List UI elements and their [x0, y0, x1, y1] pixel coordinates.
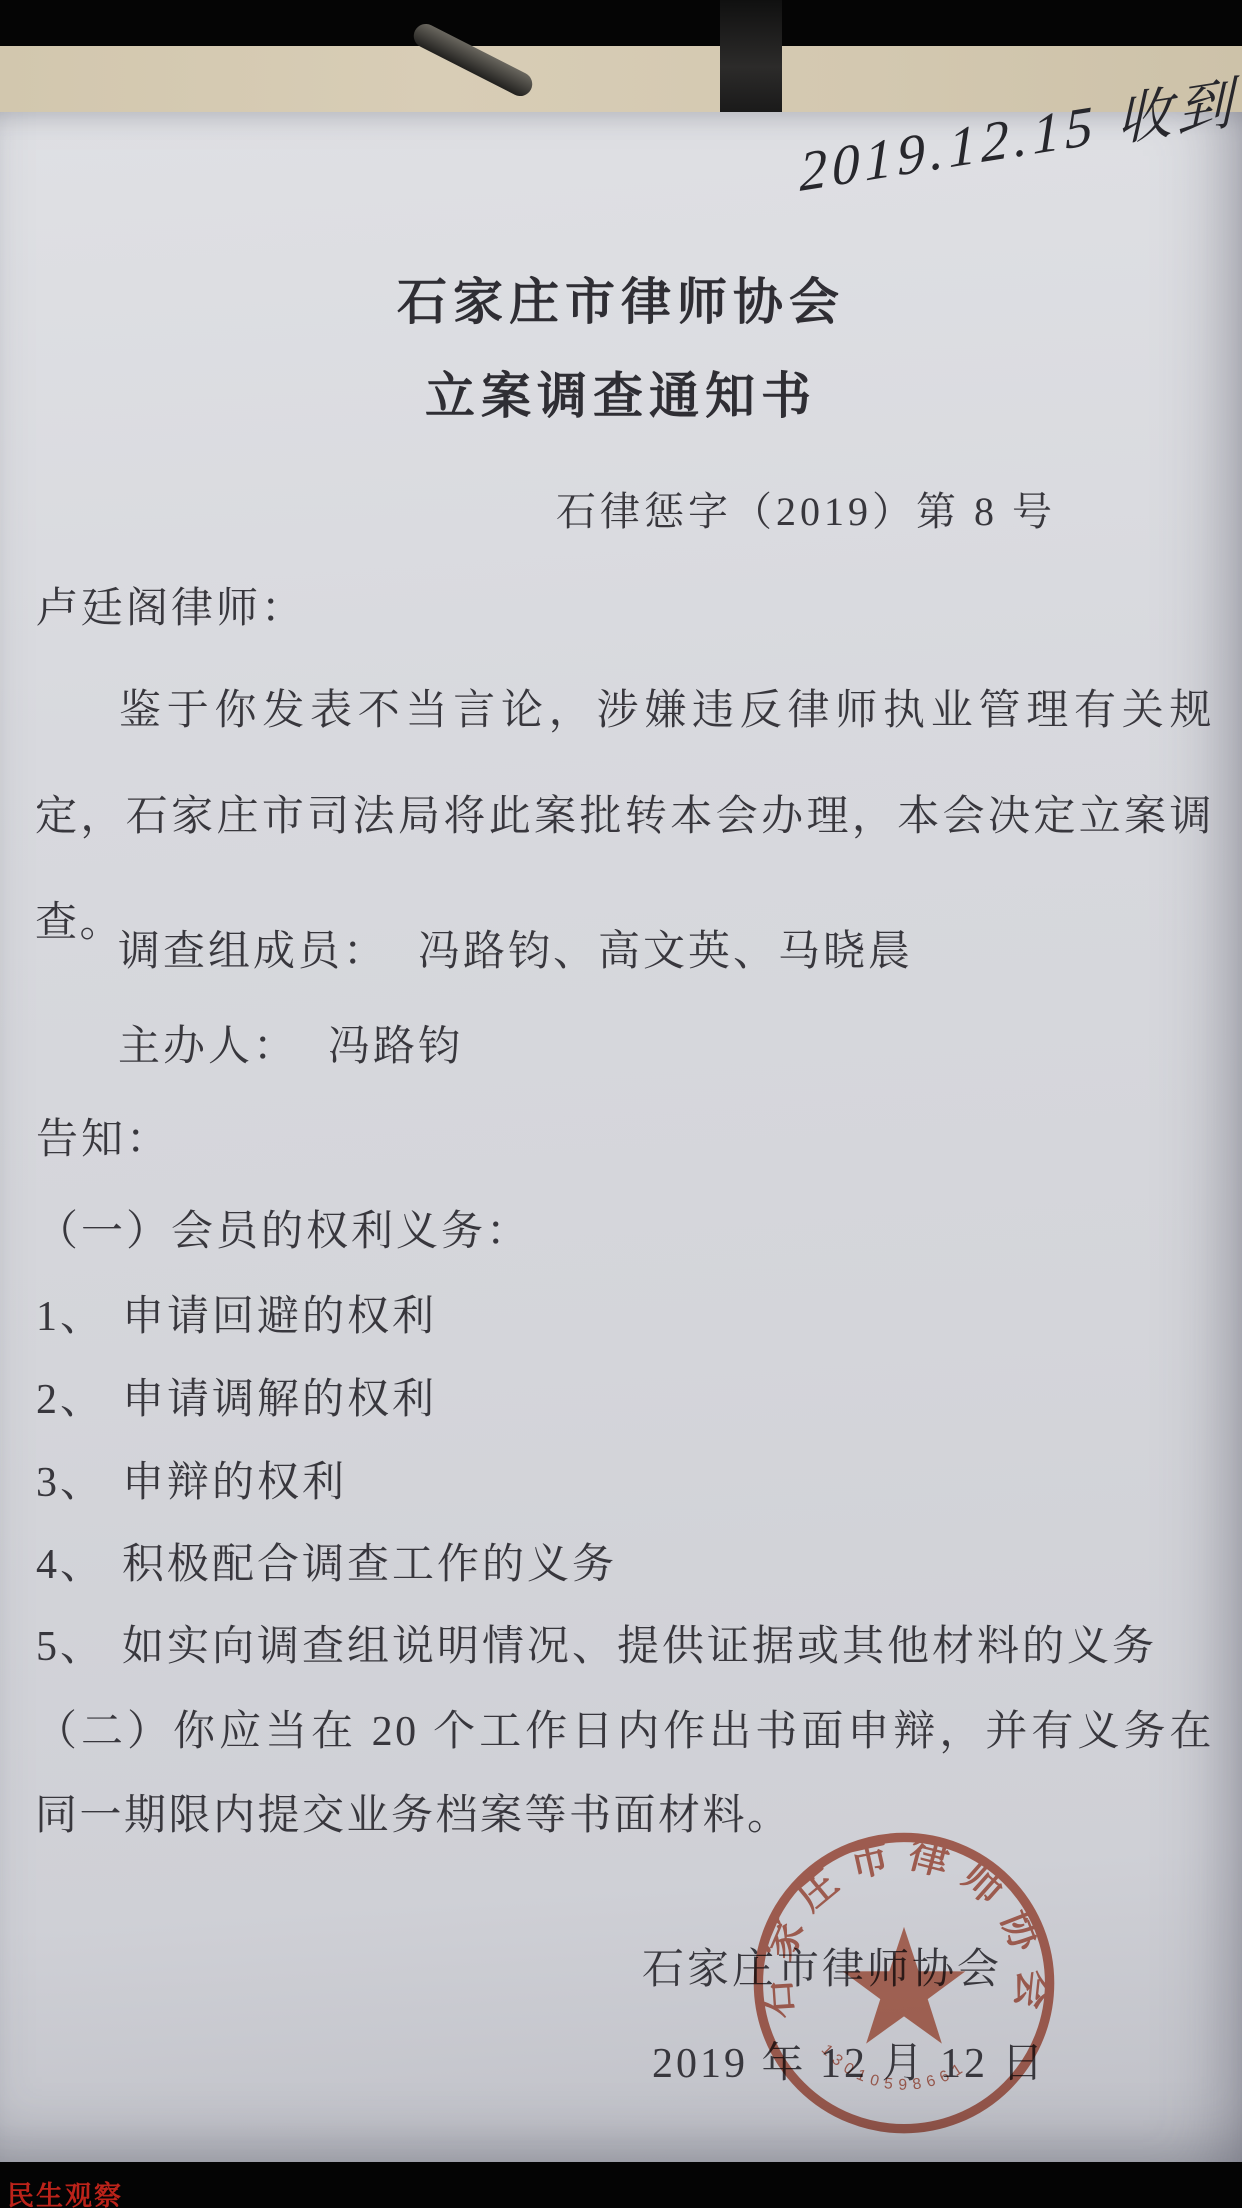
list-item: 2、申请调解的权利	[36, 1366, 437, 1426]
list-item-number: 3、	[36, 1449, 122, 1509]
list-item: 1、申请回避的权利	[36, 1283, 437, 1343]
list-item-number: 4、	[36, 1531, 122, 1591]
official-seal: 石家庄市律师协会 13010598661	[748, 1822, 1060, 2140]
list-item-number: 5、	[36, 1613, 122, 1673]
notice-heading: 告知：	[36, 1106, 171, 1166]
dark-background-object	[720, 0, 782, 122]
document-number: 石律惩字（2019）第 8 号	[556, 480, 1056, 537]
photo-bottom-bar	[0, 2162, 1242, 2208]
list-item-number: 1、	[36, 1283, 122, 1343]
lead-label: 主办人：	[118, 1024, 298, 1070]
document-subtitle: 立案调查通知书	[0, 356, 1242, 428]
investigation-team-line: 调查组成员：冯路钧、高文英、马晓晨	[118, 918, 913, 978]
watermark-label: 民生观察	[7, 2174, 123, 2208]
list-item-text: 申辩的权利	[122, 1460, 347, 1506]
list-item-text: 申请回避的权利	[122, 1294, 437, 1340]
list-item-text: 如实向调查组说明情况、提供证据或其他材料的义务	[122, 1624, 1157, 1670]
section-1-heading: （一）会员的权利义务：	[36, 1198, 531, 1258]
team-label: 调查组成员：	[118, 929, 388, 975]
lead-name: 冯路钧	[328, 1024, 463, 1070]
list-item: 5、如实向调查组说明情况、提供证据或其他材料的义务	[36, 1613, 1157, 1673]
list-item: 4、积极配合调查工作的义务	[36, 1531, 617, 1591]
list-item-text: 积极配合调查工作的义务	[122, 1542, 617, 1588]
svg-text:13010598661: 13010598661	[818, 2041, 971, 2093]
salutation: 卢廷阁律师：	[36, 575, 306, 635]
seal-number: 13010598661	[818, 2041, 971, 2093]
lead-investigator-line: 主办人：冯路钧	[118, 1013, 463, 1073]
document-photo: 2019.12.15 收到 石家庄市律师协会 立案调查通知书 石律惩字（2019…	[0, 0, 1242, 2208]
list-item-text: 申请调解的权利	[122, 1377, 437, 1423]
list-item-number: 2、	[36, 1366, 122, 1426]
seal-star-icon	[843, 1927, 966, 2044]
team-members: 冯路钧、高文英、马晓晨	[418, 929, 913, 975]
document-title: 石家庄市律师协会	[0, 262, 1242, 334]
list-item: 3、申辩的权利	[36, 1449, 347, 1509]
